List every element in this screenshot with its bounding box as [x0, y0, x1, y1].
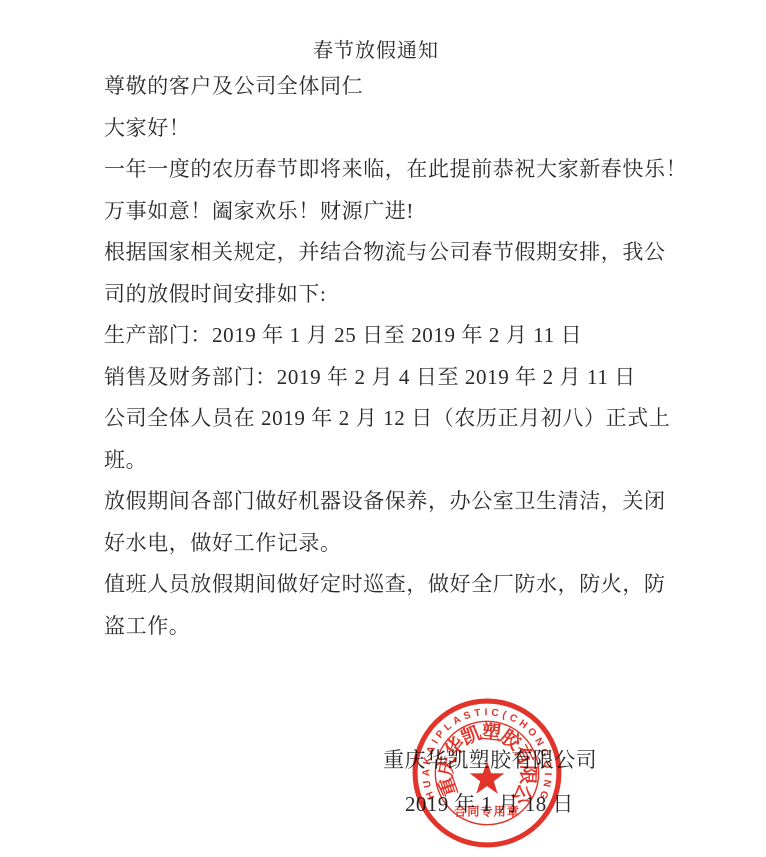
notice-page: 春节放假通知 尊敬的客户及公司全体同仁 大家好！ 一年一度的农历春节即将来临，在… — [0, 0, 766, 857]
notice-body: 尊敬的客户及公司全体同仁 大家好！ 一年一度的农历春节即将来临，在此提前恭祝大家… — [104, 66, 726, 647]
seal-bottom-label: 合同专用章 — [454, 804, 520, 819]
company-seal-stamp: HUAKAIPLASTIC(CHONGQING)CO.,LTD. 重庆华凯塑胶有… — [411, 697, 563, 849]
document-line: 万事如意！阖家欢乐！财源广进! — [104, 191, 726, 233]
document-line: 好水电，做好工作记录。 — [104, 523, 726, 565]
document-line: 根据国家相关规定，并结合物流与公司春节假期安排，我公 — [104, 232, 726, 274]
page-title: 春节放假通知 — [0, 34, 752, 63]
document-line: 公司全体人员在 2019 年 2 月 12 日（农历正月初八）正式上 — [104, 398, 726, 440]
star-icon — [470, 761, 505, 794]
document-line: 司的放假时间安排如下: — [104, 274, 726, 316]
document-line: 销售及财务部门：2019 年 2 月 4 日至 2019 年 2 月 11 日 — [104, 357, 726, 399]
document-line: 班。 — [104, 440, 726, 482]
document-line: 生产部门：2019 年 1 月 25 日至 2019 年 2 月 11 日 — [104, 315, 726, 357]
document-line: 尊敬的客户及公司全体同仁 — [104, 66, 726, 108]
document-line: 盗工作。 — [104, 606, 726, 648]
document-line: 值班人员放假期间做好定时巡查，做好全厂防水，防火，防 — [104, 564, 726, 606]
document-line: 放假期间各部门做好机器设备保养，办公室卫生清洁，关闭 — [104, 481, 726, 523]
document-line: 大家好！ — [104, 108, 726, 150]
document-line: 一年一度的农历春节即将来临，在此提前恭祝大家新春快乐！ — [104, 149, 726, 191]
